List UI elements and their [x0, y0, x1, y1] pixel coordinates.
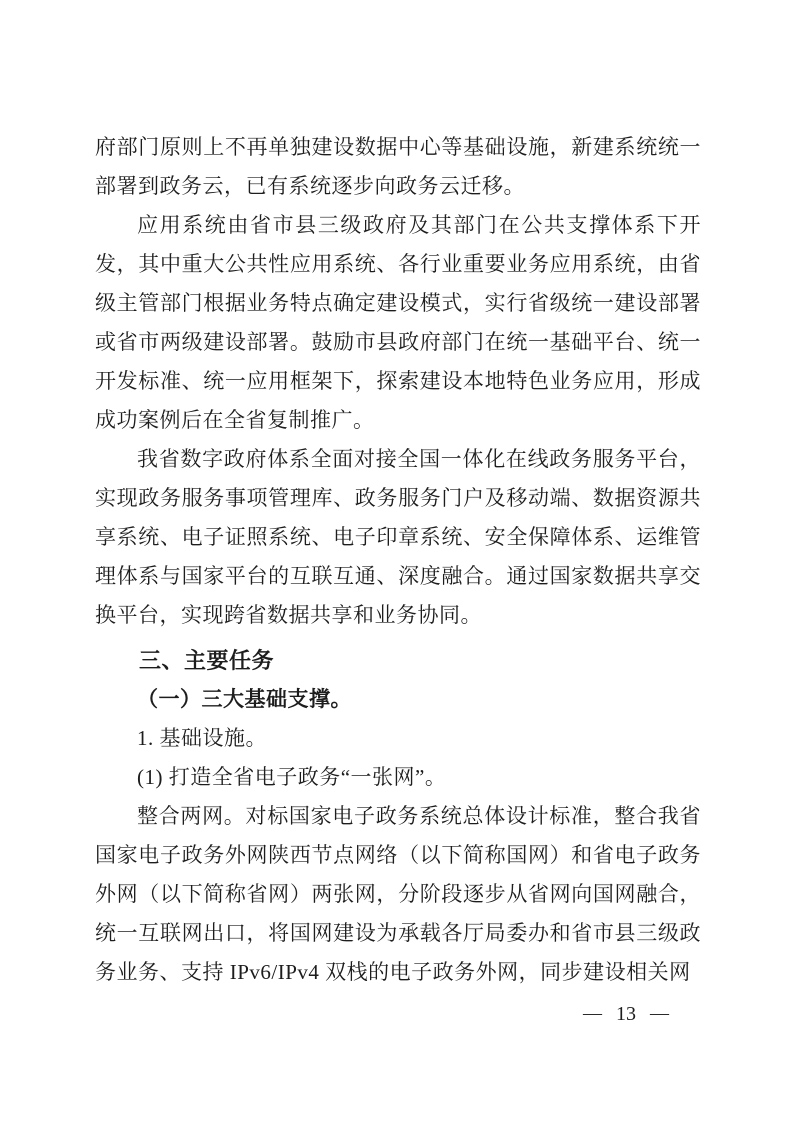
item-heading: 1. 基础设施。	[95, 719, 701, 758]
footer-dash-right: —	[650, 1002, 669, 1026]
paragraph-continued: 府部门原则上不再单独建设数据中心等基础设施，新建系统统一部署到政务云，已有系统逐…	[95, 128, 701, 206]
subsection-heading: （一）三大基础支撑。	[95, 680, 701, 719]
page-number: 13	[616, 1002, 636, 1026]
paragraph: 应用系统由省市县三级政府及其部门在公共支撑体系下开发，其中重大公共性应用系统、各…	[95, 206, 701, 440]
document-body: 府部门原则上不再单独建设数据中心等基础设施，新建系统统一部署到政务云，已有系统逐…	[95, 128, 701, 992]
document-page: 府部门原则上不再单独建设数据中心等基础设施，新建系统统一部署到政务云，已有系统逐…	[0, 0, 793, 1122]
paragraph: 我省数字政府体系全面对接全国一体化在线政务服务平台，实现政务服务事项管理库、政务…	[95, 440, 701, 635]
sub-item-heading: (1) 打造全省电子政务“一张网”。	[95, 758, 701, 797]
footer-dash-left: —	[583, 1002, 602, 1026]
paragraph: 整合两网。对标国家电子政务系统总体设计标准，整合我省国家电子政务外网陕西节点网络…	[95, 797, 701, 992]
section-heading: 三、主要任务	[95, 641, 701, 680]
page-footer: — 13 —	[583, 1002, 669, 1026]
